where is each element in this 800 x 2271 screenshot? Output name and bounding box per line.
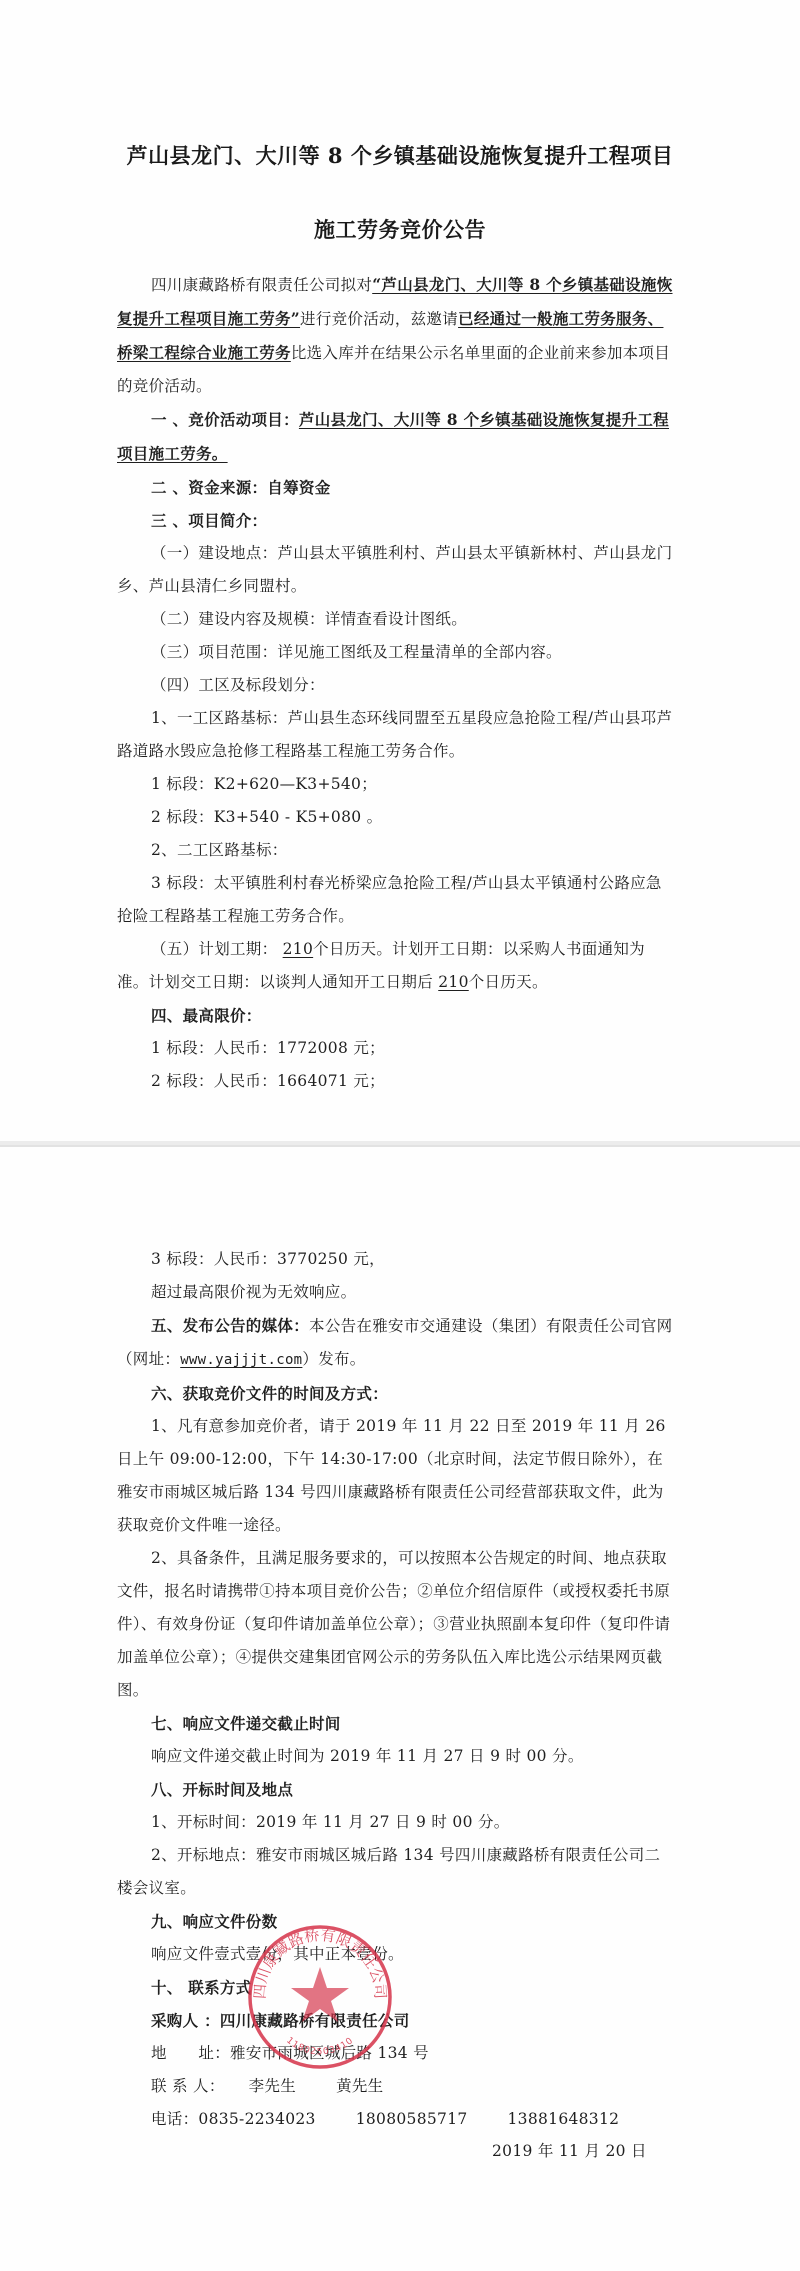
website-link[interactable]: www.yajjjt.com	[180, 1352, 302, 1368]
schedule-label: （五）计划工期：	[151, 940, 277, 958]
section-4-heading: 四、最高限价：	[117, 999, 673, 1032]
phone-1: 0835-2234023	[198, 2110, 315, 2128]
intro-paragraph: 四川康藏路桥有限责任公司拟对“芦山县龙门、大川等 8 个乡镇基础设施恢复提升工程…	[117, 268, 673, 403]
schedule-days-2: 210	[438, 973, 469, 991]
section-3-heading: 三 、项目简介：	[117, 504, 673, 537]
max-price-note: 超过最高限价视为无效响应。	[117, 1276, 673, 1309]
section-7-text: 响应文件递交截止时间为 2019 年 11 月 27 日 9 时 00 分。	[117, 1740, 673, 1773]
signature-date: 2019 年 11 月 20 日	[492, 2139, 647, 2161]
section-9-text: 响应文件壹式壹份，其中正本壹份。	[117, 1938, 673, 1971]
opening-time: 1、开标时间：2019 年 11 月 27 日 9 时 00 分。	[117, 1806, 673, 1839]
section-5-text: ）发布。	[302, 1350, 365, 1368]
zone-2: 2、二工区路基标：	[117, 834, 673, 867]
page-2-body: 3 标段：人民币：3770250 元， 超过最高限价视为无效响应。 五、发布公告…	[117, 1243, 673, 2136]
section-6-heading: 六、获取竞价文件的时间及方式：	[117, 1377, 673, 1410]
construction-location: （一）建设地点：芦山县太平镇胜利村、芦山县太平镇新林村、芦山县龙门乡、芦山县清仁…	[117, 537, 673, 603]
division-heading: （四）工区及标段划分：	[117, 669, 673, 702]
project-scope: （三）项目范围：详见施工图纸及工程量清单的全部内容。	[117, 636, 673, 669]
schedule: （五）计划工期： 210个日历天。计划开工日期：以采购人书面通知为准。计划交工日…	[117, 933, 673, 999]
section-1-heading: 一 、竞价活动项目：	[151, 410, 299, 429]
address-value: 雅安市雨城区城后路 134 号	[230, 2044, 429, 2062]
section-6-item-1: 1、凡有意参加竞价者，请于 2019 年 11 月 22 日至 2019 年 1…	[117, 1410, 673, 1542]
section-6-item-2: 2、具备条件，且满足服务要求的，可以按照本公告规定的时间、地点获取文件，报名时请…	[117, 1542, 673, 1707]
contact-row: 联 系 人：李先生黄先生	[117, 2070, 673, 2103]
contact-person-1: 李先生	[249, 2077, 296, 2095]
section-1: 一 、竞价活动项目：芦山县龙门、大川等 8 个乡镇基础设施恢复提升工程项目施工劳…	[117, 403, 673, 471]
section-8-heading: 八、开标时间及地点	[117, 1773, 673, 1806]
address-row: 地 址：雅安市雨城区城后路 134 号	[117, 2037, 673, 2070]
purchaser-name: 四川康藏路桥有限责任公司	[220, 2011, 410, 2030]
lot-1-range: 1 标段：K2+620—K3+540；	[117, 768, 673, 801]
section-9-heading: 九、响应文件份数	[117, 1905, 673, 1938]
address-label: 地 址：	[151, 2044, 230, 2062]
page-1-body: 四川康藏路桥有限责任公司拟对“芦山县龙门、大川等 8 个乡镇基础设施恢复提升工程…	[117, 268, 673, 1098]
phone-row: 电话：0835-22340231808058571713881648312	[117, 2103, 673, 2136]
phone-label: 电话：	[151, 2110, 198, 2128]
lot-2-range: 2 标段：K3+540 - K5+080 。	[117, 801, 673, 834]
intro-text: 进行竞价活动，兹邀请	[300, 310, 458, 328]
section-5-heading: 五、发布公告的媒体：	[151, 1316, 309, 1335]
page-2: 3 标段：人民币：3770250 元， 超过最高限价视为无效响应。 五、发布公告…	[0, 1145, 800, 2271]
document-title-line-1: 芦山县龙门、大川等 8 个乡镇基础设施恢复提升工程项目	[0, 140, 800, 170]
max-price-lot-1: 1 标段：人民币：1772008 元；	[117, 1032, 673, 1065]
section-5: 五、发布公告的媒体：本公告在雅安市交通建设（集团）有限责任公司官网（网址：www…	[117, 1309, 673, 1377]
section-7-heading: 七、响应文件递交截止时间	[117, 1707, 673, 1740]
purchaser-row: 采购人 ：四川康藏路桥有限责任公司	[117, 2004, 673, 2037]
document-title-line-2: 施工劳务竞价公告	[0, 214, 800, 244]
max-price-lot-3: 3 标段：人民币：3770250 元，	[117, 1243, 673, 1276]
phone-2: 18080585717	[356, 2110, 468, 2128]
intro-text: 四川康藏路桥有限责任公司拟对	[151, 276, 372, 294]
page-1: 芦山县龙门、大川等 8 个乡镇基础设施恢复提升工程项目 施工劳务竞价公告 四川康…	[0, 0, 800, 1142]
construction-content: （二）建设内容及规模：详情查看设计图纸。	[117, 603, 673, 636]
schedule-days: 210	[283, 940, 314, 958]
section-2: 二 、资金来源：自筹资金	[117, 471, 673, 504]
lot-3-desc: 3 标段：太平镇胜利村春光桥梁应急抢险工程/芦山县太平镇通村公路应急抢险工程路基…	[117, 867, 673, 933]
contact-person-2: 黄先生	[336, 2077, 383, 2095]
phone-3: 13881648312	[508, 2110, 620, 2128]
purchaser-label: 采购人 ：	[151, 2011, 220, 2030]
zone-1: 1、一工区路基标：芦山县生态环线同盟至五星段应急抢险工程/芦山县邛芦路道路水毁应…	[117, 702, 673, 768]
section-10-heading: 十、 联系方式	[117, 1971, 673, 2004]
contact-label: 联 系 人：	[151, 2077, 225, 2095]
opening-place: 2、开标地点：雅安市雨城区城后路 134 号四川康藏路桥有限责任公司二楼会议室。	[117, 1839, 673, 1905]
max-price-lot-2: 2 标段：人民币：1664071 元；	[117, 1065, 673, 1098]
schedule-text: 个日历天。	[469, 973, 548, 991]
